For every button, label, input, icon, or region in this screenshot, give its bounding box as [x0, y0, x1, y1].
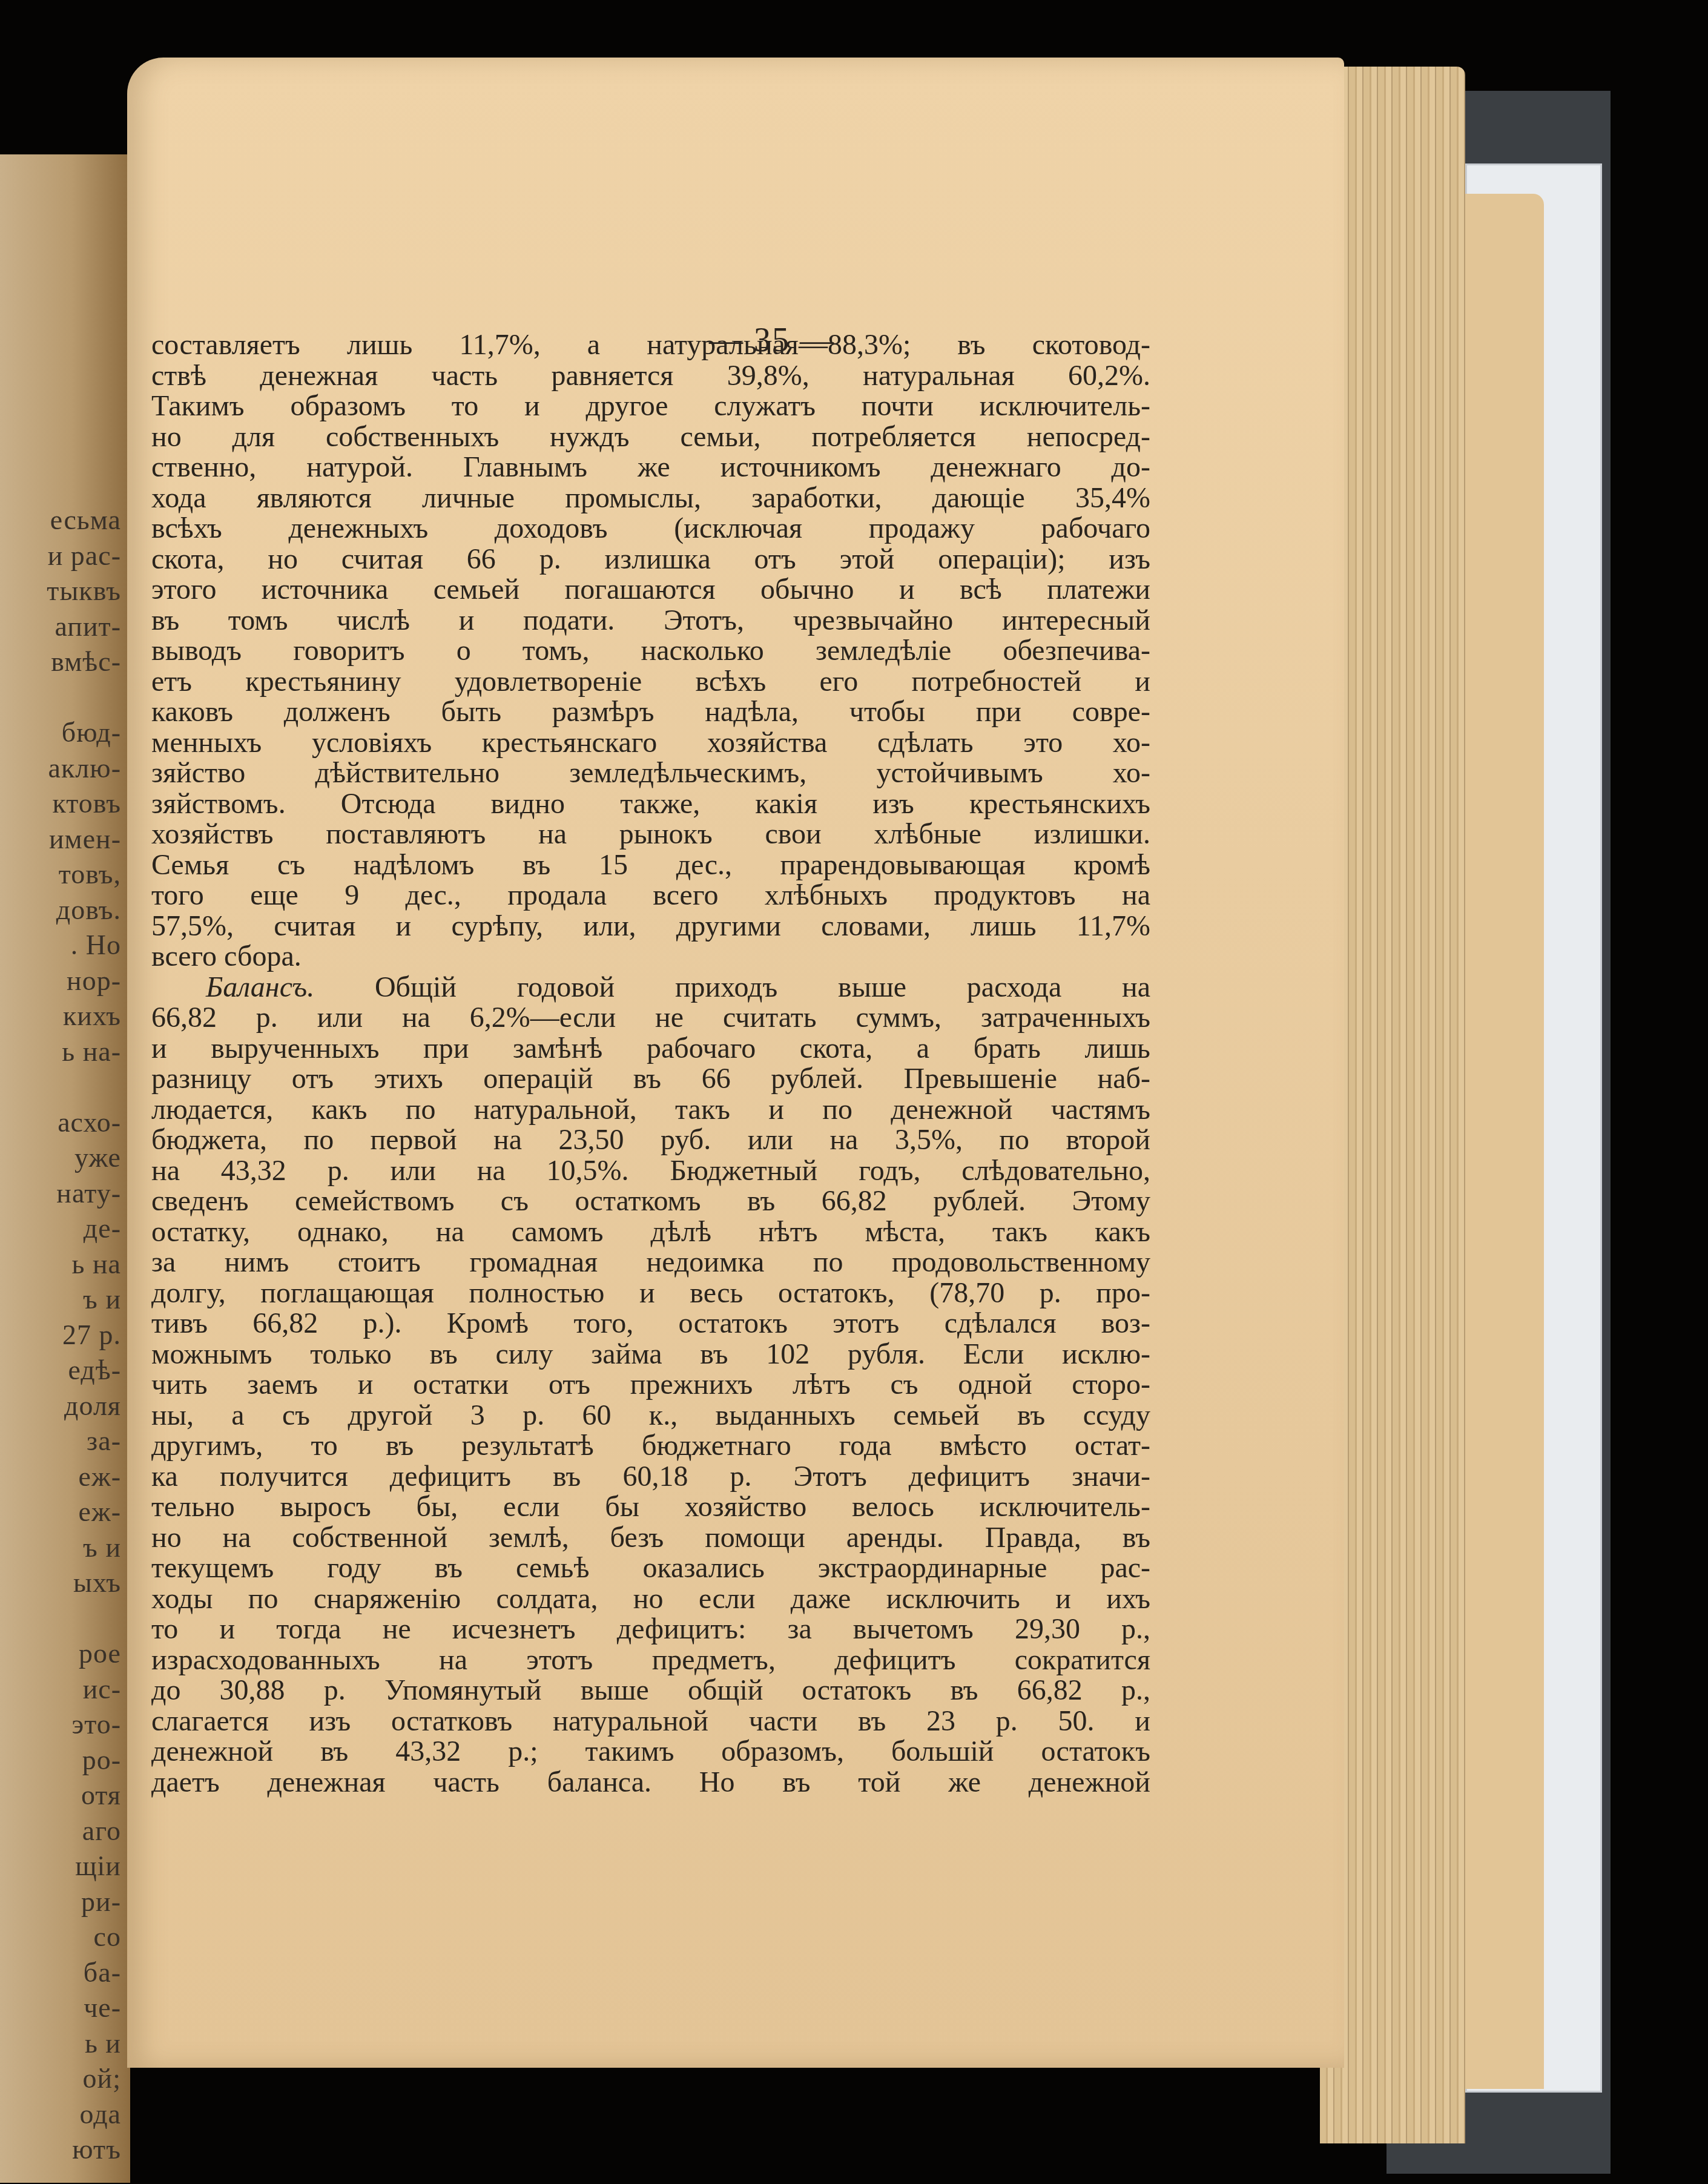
text-line: 57,5%, считая и сурѣпу, или, другими сло…: [151, 911, 1150, 942]
text-line: составляетъ лишь 11,7%, а натуральная—88…: [151, 330, 1150, 361]
text-line: денежной въ 43,32 р.; такимъ образомъ, б…: [151, 1737, 1150, 1767]
text-line: каковъ долженъ быть размѣръ надѣла, чтоб…: [151, 697, 1150, 728]
text-line: за нимъ стоитъ громадная недоимка по про…: [151, 1247, 1150, 1278]
previous-page-fragment: еж-: [0, 1494, 121, 1530]
previous-page-fragment: щіи: [0, 1849, 121, 1884]
previous-page-fragment: . Но: [0, 928, 121, 963]
page-body-text: составляетъ лишь 11,7%, а натуральная—88…: [151, 330, 1150, 1798]
text-line: другимъ, то въ результатѣ бюджетнаго год…: [151, 1431, 1150, 1462]
previous-page-fragment: аклю-: [0, 751, 121, 787]
previous-page-fragment: нор-: [0, 963, 121, 999]
text-line: ходы по снаряженію солдата, но если даже…: [151, 1584, 1150, 1615]
text-line: въ томъ числѣ и подати. Этотъ, чрезвычай…: [151, 605, 1150, 636]
text-line: тивъ 66,82 р.). Кромѣ того, остатокъ это…: [151, 1308, 1150, 1339]
text-line: скота, но считая 66 р. излишка отъ этой …: [151, 544, 1150, 575]
previous-page-fragment: де-: [0, 1211, 121, 1247]
previous-page-fragment: уже: [0, 1140, 121, 1176]
text-line: зяйство дѣйствительно земледѣльческимъ, …: [151, 758, 1150, 789]
text-line: и вырученныхъ при замѣнѣ рабочаго скота,…: [151, 1034, 1150, 1064]
inserted-sheet: [1459, 194, 1544, 2089]
text-line: ственно, натурой. Главнымъ же источником…: [151, 452, 1150, 483]
previous-page-fragment: довъ.: [0, 892, 121, 928]
previous-page-fragment: ктовъ: [0, 786, 121, 822]
text-line: остатку, однако, на самомъ дѣлѣ нѣтъ мѣс…: [151, 1217, 1150, 1248]
previous-page-fragment: со: [0, 1919, 121, 1955]
text-line: всего сбора.: [151, 942, 1150, 972]
text-line: тельно выросъ бы, если бы хозяйство вело…: [151, 1492, 1150, 1523]
previous-page-fragment: ода: [0, 2097, 121, 2133]
text-line: но для собственныхъ нуждъ семьи, потребл…: [151, 422, 1150, 453]
balance-paragraph-first-line: Балансъ. Общій годовой приходъ выше расх…: [151, 972, 1150, 1003]
text-line: Семья съ надѣломъ въ 15 дес., прарендовы…: [151, 850, 1150, 881]
text-line: до 30,88 р. Упомянутый выше общій остато…: [151, 1675, 1150, 1706]
previous-page-fragment: ой;: [0, 2061, 121, 2097]
previous-page-fragment: бюд-: [0, 715, 121, 751]
text-span: Общій годовой приходъ выше расхода на: [314, 971, 1150, 1003]
text-line: менныхъ условіяхъ крестьянскаго хозяйств…: [151, 728, 1150, 759]
previous-page-fragment: ри-: [0, 1884, 121, 1920]
text-line: зяйствомъ. Отсюда видно также, какія изъ…: [151, 789, 1150, 820]
previous-page-fragment: вмѣс-: [0, 644, 121, 680]
previous-page-fragment: кихъ: [0, 998, 121, 1034]
text-line: разницу отъ этихъ операцій въ 66 рублей.…: [151, 1064, 1150, 1095]
previous-page: есьмаи рас-тыквъапит-вмѣс-бюд-аклю-ктовъ…: [0, 154, 130, 2183]
text-line: на 43,32 р. или на 10,5%. Бюджетный годъ…: [151, 1156, 1150, 1187]
previous-page-fragment: доля: [0, 1388, 121, 1424]
previous-page-fragment: ыхъ: [0, 1565, 121, 1601]
previous-page-fragment: ютъ: [0, 2132, 121, 2168]
previous-page-fragment: товъ,: [0, 857, 121, 892]
text-line: ны, а съ другой 3 р. 60 к., выданныхъ се…: [151, 1400, 1150, 1431]
text-line: слагается изъ остатковъ натуральной част…: [151, 1706, 1150, 1737]
text-line: выводъ говоритъ о томъ, насколько землед…: [151, 636, 1150, 667]
text-line: сведенъ семействомъ съ остаткомъ въ 66,8…: [151, 1186, 1150, 1217]
previous-page-fragment: тыквъ: [0, 573, 121, 609]
text-line: людается, какъ по натуральной, такъ и по…: [151, 1095, 1150, 1126]
previous-page-fragment: ь на-: [0, 1034, 121, 1070]
text-line: 66,82 р. или на 6,2%—если не считать сум…: [151, 1003, 1150, 1034]
previous-page-fragment: [0, 680, 121, 716]
previous-page-fragment: апит-: [0, 609, 121, 645]
previous-page-fragment: ъ и: [0, 1530, 121, 1566]
text-line: чить заемъ и остатки отъ прежнихъ лѣтъ с…: [151, 1370, 1150, 1400]
text-line: етъ крестьянину удовлетвореніе всѣхъ его…: [151, 667, 1150, 698]
text-line: даетъ денежная часть баланса. Но въ той …: [151, 1767, 1150, 1798]
text-line: всѣхъ денежныхъ доходовъ (исключая прода…: [151, 513, 1150, 544]
text-line: текущемъ году въ семьѣ оказались экстрао…: [151, 1553, 1150, 1584]
text-line: этого источника семьей погашаются обычно…: [151, 575, 1150, 605]
previous-page-fragment: еж-: [0, 1459, 121, 1495]
previous-page-fragment: ба-: [0, 1955, 121, 1991]
text-line: Такимъ образомъ то и другое служатъ почт…: [151, 391, 1150, 422]
text-line: бюджета, по первой на 23,50 руб. или на …: [151, 1125, 1150, 1156]
previous-page-fragment: имен-: [0, 822, 121, 857]
previous-page-fragment: и рас-: [0, 538, 121, 574]
previous-page-fragment: это-: [0, 1707, 121, 1743]
previous-page-fragment: аго: [0, 1813, 121, 1849]
previous-page-fragment: асхо-: [0, 1105, 121, 1141]
text-line: долгу, поглащающая полностью и весь оста…: [151, 1278, 1150, 1309]
text-line: ка получится дефицитъ въ 60,18 р. Этотъ …: [151, 1462, 1150, 1493]
previous-page-fragment: 27 р.: [0, 1318, 121, 1353]
previous-page-fragment: рое: [0, 1636, 121, 1672]
previous-page-fragment: нату-: [0, 1176, 121, 1212]
previous-page-fragment: отя: [0, 1778, 121, 1813]
previous-page-fragment: за-: [0, 1424, 121, 1459]
previous-page-fragment: есьма: [0, 503, 121, 538]
text-line: того еще 9 дес., продала всего хлѣбныхъ …: [151, 880, 1150, 911]
previous-page-text: есьмаи рас-тыквъапит-вмѣс-бюд-аклю-ктовъ…: [0, 503, 121, 2168]
previous-page-fragment: ъ и: [0, 1282, 121, 1318]
previous-page-fragment: ь на: [0, 1247, 121, 1282]
previous-page-fragment: ь и: [0, 2026, 121, 2062]
text-line: хода являются личные промыслы, заработки…: [151, 483, 1150, 514]
previous-page-fragment: едѣ-: [0, 1353, 121, 1388]
text-line: ствѣ денежная часть равняется 39,8%, нат…: [151, 361, 1150, 392]
text-line: израсходованныхъ на этотъ предметъ, дефи…: [151, 1645, 1150, 1676]
section-heading: Балансъ.: [206, 971, 314, 1003]
text-line: но на собственной землѣ, безъ помощи аре…: [151, 1523, 1150, 1554]
text-line: хозяйствъ поставляютъ на рынокъ свои хлѣ…: [151, 819, 1150, 850]
previous-page-fragment: ис-: [0, 1672, 121, 1707]
text-line: то и тогда не исчезнетъ дефицитъ: за выч…: [151, 1614, 1150, 1645]
previous-page-fragment: че-: [0, 1990, 121, 2026]
previous-page-fragment: ро-: [0, 1743, 121, 1778]
text-line: можнымъ только въ силу займа въ 102 рубл…: [151, 1339, 1150, 1370]
